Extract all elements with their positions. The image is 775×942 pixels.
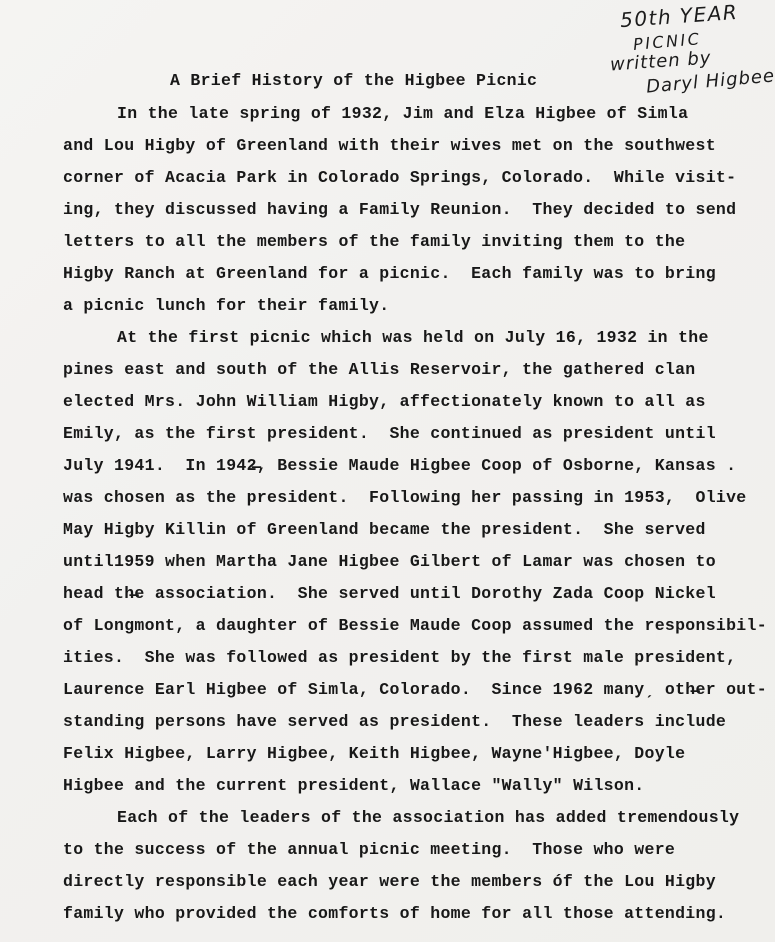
- paragraph-3: Each of the leaders of the association h…: [63, 802, 745, 930]
- scanned-document-page: 50th YEAR PICNIC written by Daryl Higbee…: [0, 0, 775, 942]
- handwritten-line-50th-year: 50th YEAR: [619, 0, 739, 32]
- document-body: In the late spring of 1932, Jim and Elza…: [63, 98, 745, 930]
- document-title: A Brief History of the Higbee Picnic: [170, 71, 537, 90]
- paragraph-1: In the late spring of 1932, Jim and Elza…: [63, 98, 745, 322]
- paragraph-2: At the first picnic which was held on Ju…: [63, 322, 745, 802]
